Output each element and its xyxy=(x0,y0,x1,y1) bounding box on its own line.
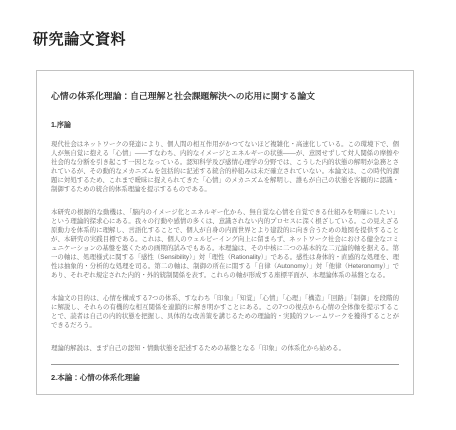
page-title: 研究論文資料 xyxy=(33,28,126,49)
section-1-paragraph-1: 現代社会はネットワークの発達により、個人間の相互作用がかつてないほど複雑化・高速… xyxy=(51,140,399,194)
section-2-heading: 2.本論：心情の体系化理論 xyxy=(51,373,399,383)
page: 研究論文資料 心情の体系化理論：自己理解と社会課題解決への応用に関する論文 1.… xyxy=(0,0,456,430)
section-divider xyxy=(51,364,399,365)
document-card: 心情の体系化理論：自己理解と社会課題解決への応用に関する論文 1.序論 現代社会… xyxy=(36,70,414,395)
section-1-heading: 1.序論 xyxy=(51,121,399,131)
section-1-paragraph-4: 理論的解説は、まず自己の認知・情動状態を記述するための基盤となる「印象」の体系化… xyxy=(51,344,399,353)
document-title: 心情の体系化理論：自己理解と社会課題解決への応用に関する論文 xyxy=(51,90,399,102)
section-1-paragraph-3: 本論文の目的は、心情を構成する7つの体系、すなわち「印象」「知覚」「心情」「心理… xyxy=(51,294,399,330)
section-1-paragraph-2: 本研究の根源的な動機は、「脳内のイメージ化とエネルギー化から、無自覚な心情を自覚… xyxy=(51,208,399,280)
